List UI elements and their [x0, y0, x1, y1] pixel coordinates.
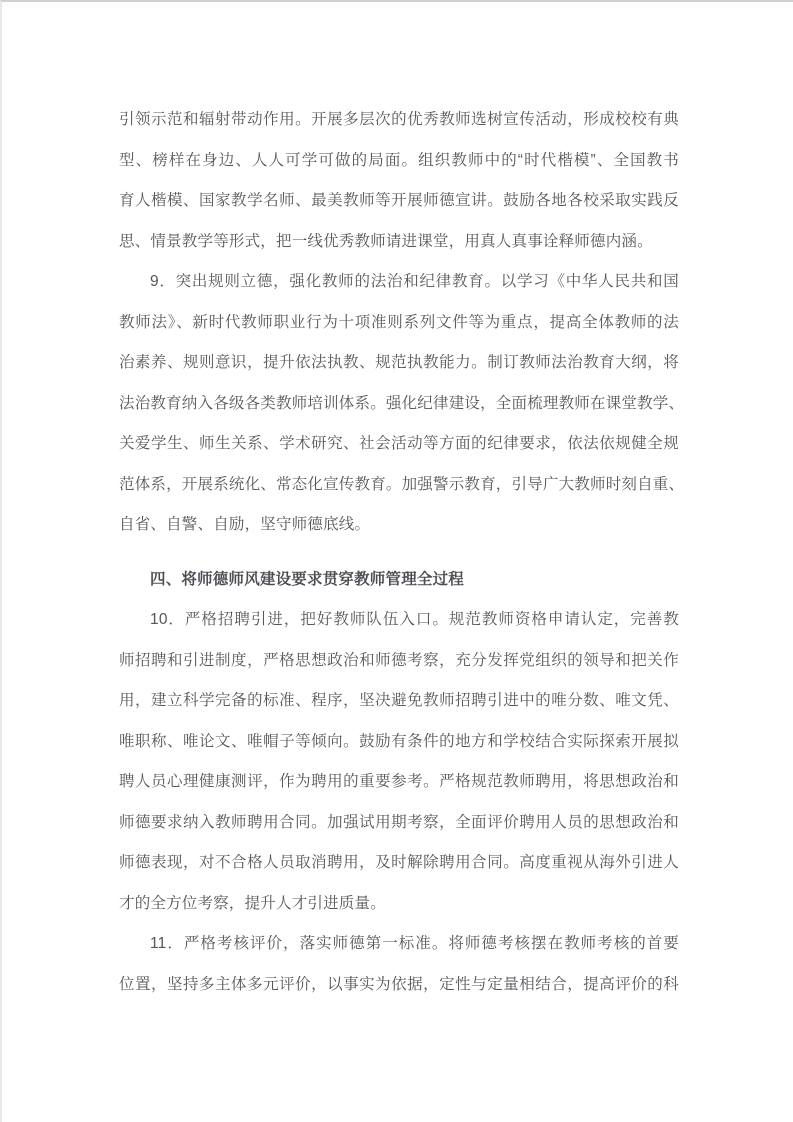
text-line: 关爱学生、师生关系、学术研究、社会活动等方面的纪律要求，依法依规健全规	[119, 424, 679, 465]
text-line: 唯职称、唯论文、唯帽子等倾向。鼓励有条件的地方和学校结合实际探索开展拟	[119, 722, 679, 763]
text-line: 教师法》、新时代教师职业行为十项准则系列文件等为重点，提高全体教师的法	[119, 303, 679, 344]
text-line: 型、榜样在身边、人人可学可做的局面。组织教师中的“时代楷模”、全国教书	[119, 141, 679, 182]
text-line: 才的全方位考察，提升人才引进质量。	[119, 884, 679, 925]
document-content: 引领示范和辐射带动作用。开展多层次的优秀教师选树宣传活动，形成校校有典型、榜样在…	[119, 100, 679, 1005]
text-line: 用，建立科学完备的标准、程序，坚决避免教师招聘引进中的唯分数、唯文凭、	[119, 681, 679, 722]
text-line: 自省、自警、自励，坚守师德底线。	[119, 505, 679, 546]
text-line: 9．突出规则立德，强化教师的法治和纪律教育。以学习《中华人民共和国	[119, 262, 679, 303]
text-line: 10．严格招聘引进，把好教师队伍入口。规范教师资格申请认定，完善教	[119, 600, 679, 641]
text-line: 聘人员心理健康测评，作为聘用的重要参考。严格规范教师聘用，将思想政治和	[119, 762, 679, 803]
text-line: 引领示范和辐射带动作用。开展多层次的优秀教师选树宣传活动，形成校校有典	[119, 100, 679, 141]
text-line: 师德要求纳入教师聘用合同。加强试用期考察，全面评价聘用人员的思想政治和	[119, 803, 679, 844]
paragraph-10: 10．严格招聘引进，把好教师队伍入口。规范教师资格申请认定，完善教师招聘和引进制…	[119, 600, 679, 924]
text-line: 师招聘和引进制度，严格思想政治和师德考察，充分发挥党组织的领导和把关作	[119, 641, 679, 682]
paragraph-9: 9．突出规则立德，强化教师的法治和纪律教育。以学习《中华人民共和国教师法》、新时…	[119, 262, 679, 546]
paragraph-8-continuation: 引领示范和辐射带动作用。开展多层次的优秀教师选树宣传活动，形成校校有典型、榜样在…	[119, 100, 679, 262]
text-line: 法治教育纳入各级各类教师培训体系。强化纪律建设，全面梳理教师在课堂教学、	[119, 384, 679, 425]
paragraph-11: 11．严格考核评价，落实师德第一标准。将师德考核摆在教师考核的首要位置，坚持多主…	[119, 924, 679, 1005]
text-line: 范体系，开展系统化、常态化宣传教育。加强警示教育，引导广大教师时刻自重、	[119, 465, 679, 506]
document-page: 引领示范和辐射带动作用。开展多层次的优秀教师选树宣传活动，形成校校有典型、榜样在…	[0, 0, 793, 1122]
text-line: 育人楷模、国家教学名师、最美教师等开展师德宣讲。鼓励各地各校采取实践反	[119, 181, 679, 222]
text-line: 治素养、规则意识，提升依法执教、规范执教能力。制订教师法治教育大纲，将	[119, 343, 679, 384]
text-line: 师德表现，对不合格人员取消聘用，及时解除聘用合同。高度重视从海外引进人	[119, 843, 679, 884]
text-line: 四、将师德师风建设要求贯穿教师管理全过程	[119, 560, 679, 601]
text-line: 思、情景教学等形式，把一线优秀教师请进课堂，用真人真事诠释师德内涵。	[119, 222, 679, 263]
text-line: 11．严格考核评价，落实师德第一标准。将师德考核摆在教师考核的首要	[119, 924, 679, 965]
section-heading-4: 四、将师德师风建设要求贯穿教师管理全过程	[119, 560, 679, 601]
text-line: 位置，坚持多主体多元评价，以事实为依据，定性与定量相结合，提高评价的科	[119, 965, 679, 1006]
